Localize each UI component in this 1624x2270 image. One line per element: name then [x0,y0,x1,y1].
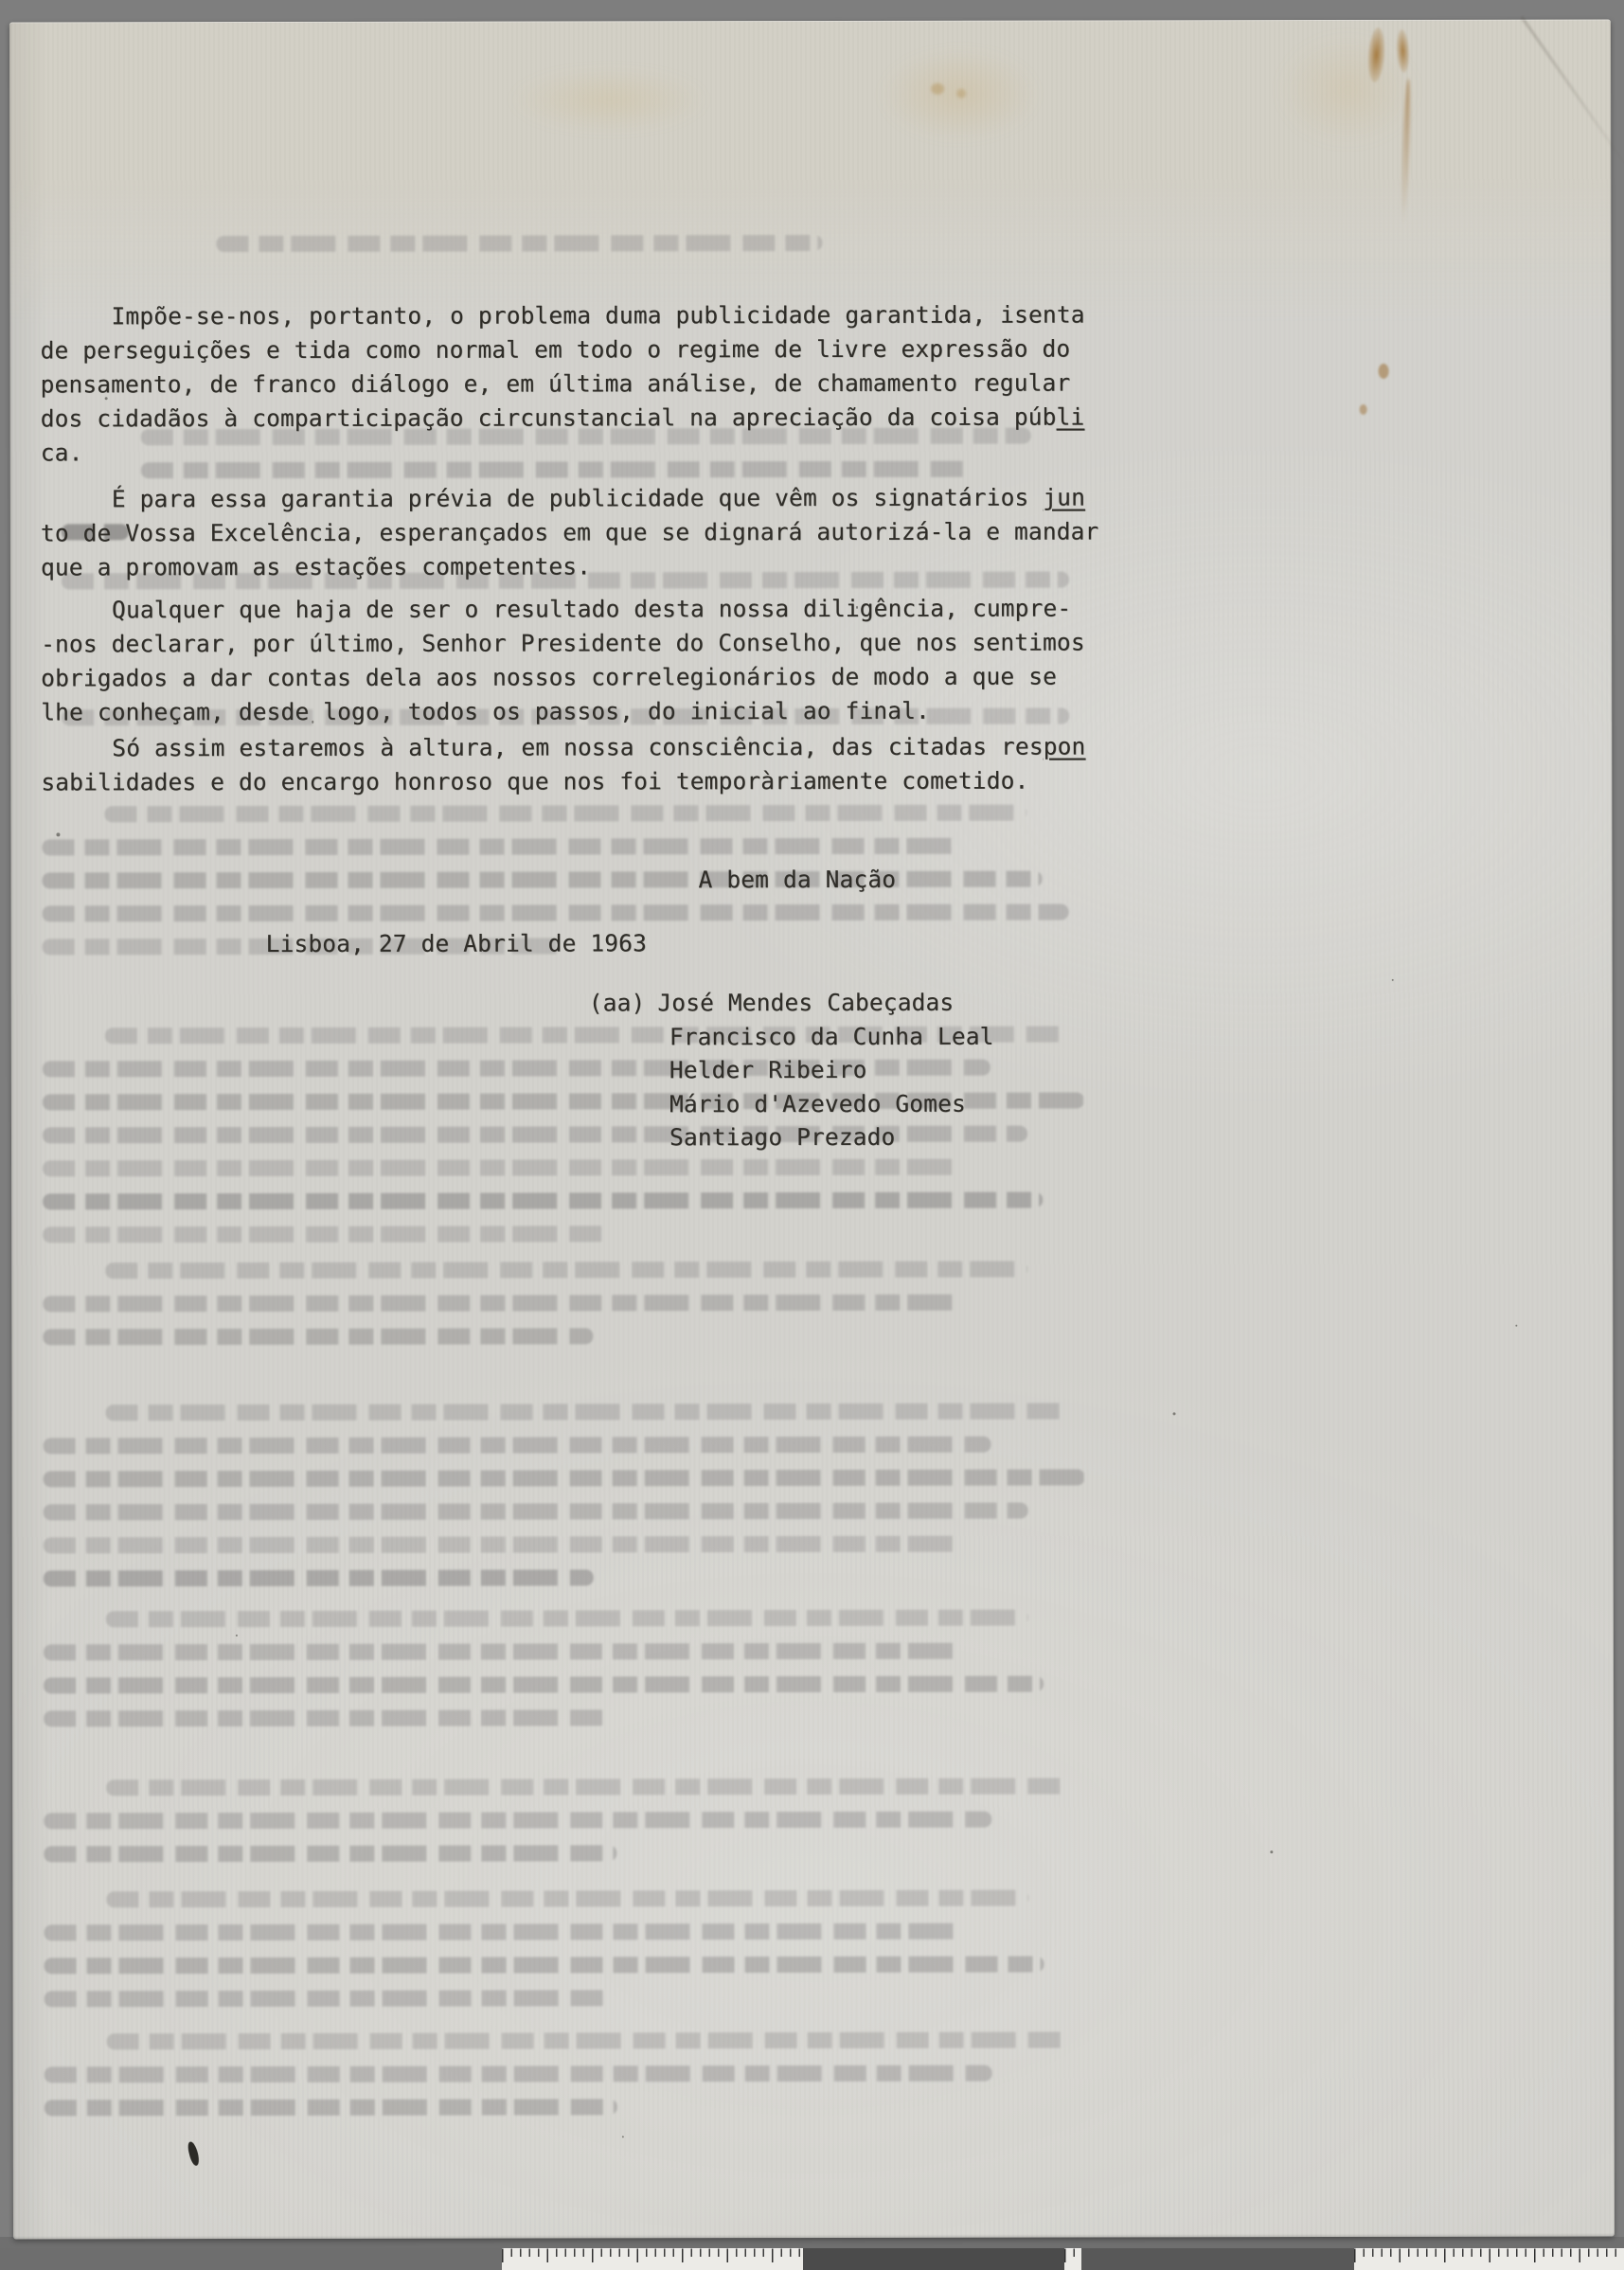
bleedthrough-block [44,1778,1085,1879]
dust-speck [1392,979,1394,981]
bleedthrough-line [44,1709,608,1726]
bleedthrough-line [43,1159,959,1177]
bleedthrough-line [44,1845,616,1862]
bleedthrough-block [45,2031,1086,2133]
signature-block: (aa)José Mendes CabeçadasFrancisco da Cu… [589,986,994,1154]
bleedthrough-line [43,1295,959,1313]
bleedthrough-block [216,235,831,269]
bleedthrough-line [44,1503,1028,1521]
bleedthrough-line [43,904,1069,922]
dust-speck [1173,1412,1176,1415]
signature-prefix: (aa) [589,989,646,1016]
text-line: Qualquer que haja de ser o resultado des… [41,591,1085,627]
brown-ink-dot [1379,364,1389,379]
yellow-smudge [1276,33,1419,147]
dust-speck [1515,1325,1517,1327]
stain-dot [931,83,944,95]
yellow-stain [509,66,708,133]
ruler-gap-dark [803,2248,1064,2270]
signatory: Mário d'Azevedo Gomes [589,1086,994,1120]
bleedthrough-line [44,1536,960,1554]
text-line: que a promovam as estações competentes. [41,548,1099,584]
text-line: de perseguições e tida como normal em to… [41,331,1085,367]
bleedthrough-line [106,1610,1028,1628]
bleedthrough-line [44,1812,991,1830]
text-line: Impõe-se-nos, portanto, o problema duma … [40,297,1084,333]
closing-phrase: A bem da Nação [699,863,897,897]
text-line: Só assim estaremos à altura, em nossa co… [41,729,1085,765]
text-line: -nos declarar, por último, Senhor Presid… [41,625,1085,661]
brown-ink-trail [1401,79,1412,225]
bleedthrough-line [44,1569,594,1586]
fold-crease [1520,16,1624,185]
hyphenation-underline: li [1056,402,1084,430]
bleedthrough-line [43,1192,1043,1210]
yellow-stain [879,47,1040,142]
paragraph: É para essa garantia prévia de publicida… [41,480,1099,584]
bleedthrough-line [44,1676,1044,1694]
ink-blot [187,2140,201,2166]
ruler-segment [1064,2248,1081,2270]
ruler-gap-medium [1081,2248,1354,2270]
bleedthrough-line [216,235,822,252]
bleedthrough-line [45,1990,609,2007]
bleedthrough-line [43,1328,593,1345]
bleedthrough-line [104,805,1026,823]
dateline: Lisboa, 27 de Abril de 1963 [266,926,647,961]
bleedthrough-line [45,2099,617,2116]
hyphenation-underline: jun [1043,483,1085,510]
ruler-segment [1354,2248,1624,2270]
signatory: Helder Ribeiro [589,1053,994,1087]
scanner-background: { "colors": { "paper": "#d8d7d2", "scann… [0,0,1624,2270]
bleedthrough-block [44,1403,1085,1603]
bleedthrough-line [45,1957,1044,1975]
text-line: ca. [41,434,1085,470]
stain-dot [956,89,966,98]
bleedthrough-block [44,1889,1085,2024]
dust-speck [236,1635,238,1636]
dust-speck [1270,1850,1273,1853]
bleedthrough-line [106,1403,1070,1421]
bleedthrough-line [44,1437,991,1455]
bleedthrough-line [105,1261,1027,1279]
paragraph: Qualquer que haja de ser o resultado des… [41,591,1085,729]
signatory: Francisco da Cunha Leal [589,1019,994,1053]
text-line: sabilidades e do encargo honroso que nos… [41,763,1085,799]
hyphenation-underline: pon [1044,732,1086,760]
dust-speck [622,2136,624,2137]
bleedthrough-line [106,1778,1070,1796]
typewritten-text: Impõe-se-nos, portanto, o problema duma … [9,20,1611,23]
bleedthrough-block [43,1260,1084,1362]
bleedthrough-layer [9,20,1611,23]
brown-ink-dot [1360,404,1367,415]
bleedthrough-line [42,838,958,856]
ruler-segment [502,2248,803,2270]
bleedthrough-line [45,2065,992,2083]
scanned-letter-page: Impõe-se-nos, portanto, o problema duma … [9,20,1615,2240]
signatory: (aa)José Mendes Cabeçadas [589,986,994,1020]
scanner-ruler-strip [0,2248,1624,2270]
text-line: to de Vossa Excelência, esperançados em … [41,514,1099,550]
text-line: É para essa garantia prévia de publicida… [41,480,1099,516]
bleedthrough-line [107,2032,1071,2050]
signatory: Santiago Prezado [589,1120,994,1154]
bleedthrough-line [106,1890,1028,1908]
bleedthrough-line [44,1923,960,1941]
text-line: pensamento, de franco diálogo e, em últi… [41,366,1085,402]
paragraph: Só assim estaremos à altura, em nossa co… [41,729,1085,799]
bleedthrough-block [44,1609,1085,1743]
text-line: dos cidadãos à comparticipação circunsta… [41,400,1085,436]
brown-ink-mark [1366,27,1386,82]
text-line: obrigados a dar contas dela aos nossos c… [41,659,1085,695]
brown-ink-mark [1396,29,1410,74]
paragraph: Impõe-se-nos, portanto, o problema duma … [40,297,1084,470]
dust-speck [56,832,60,836]
bleedthrough-line [44,1469,1085,1487]
bleedthrough-line [43,1225,607,1242]
text-line: lhe conheçam, desde logo, todos os passo… [41,693,1085,729]
bleedthrough-line [44,1643,960,1661]
